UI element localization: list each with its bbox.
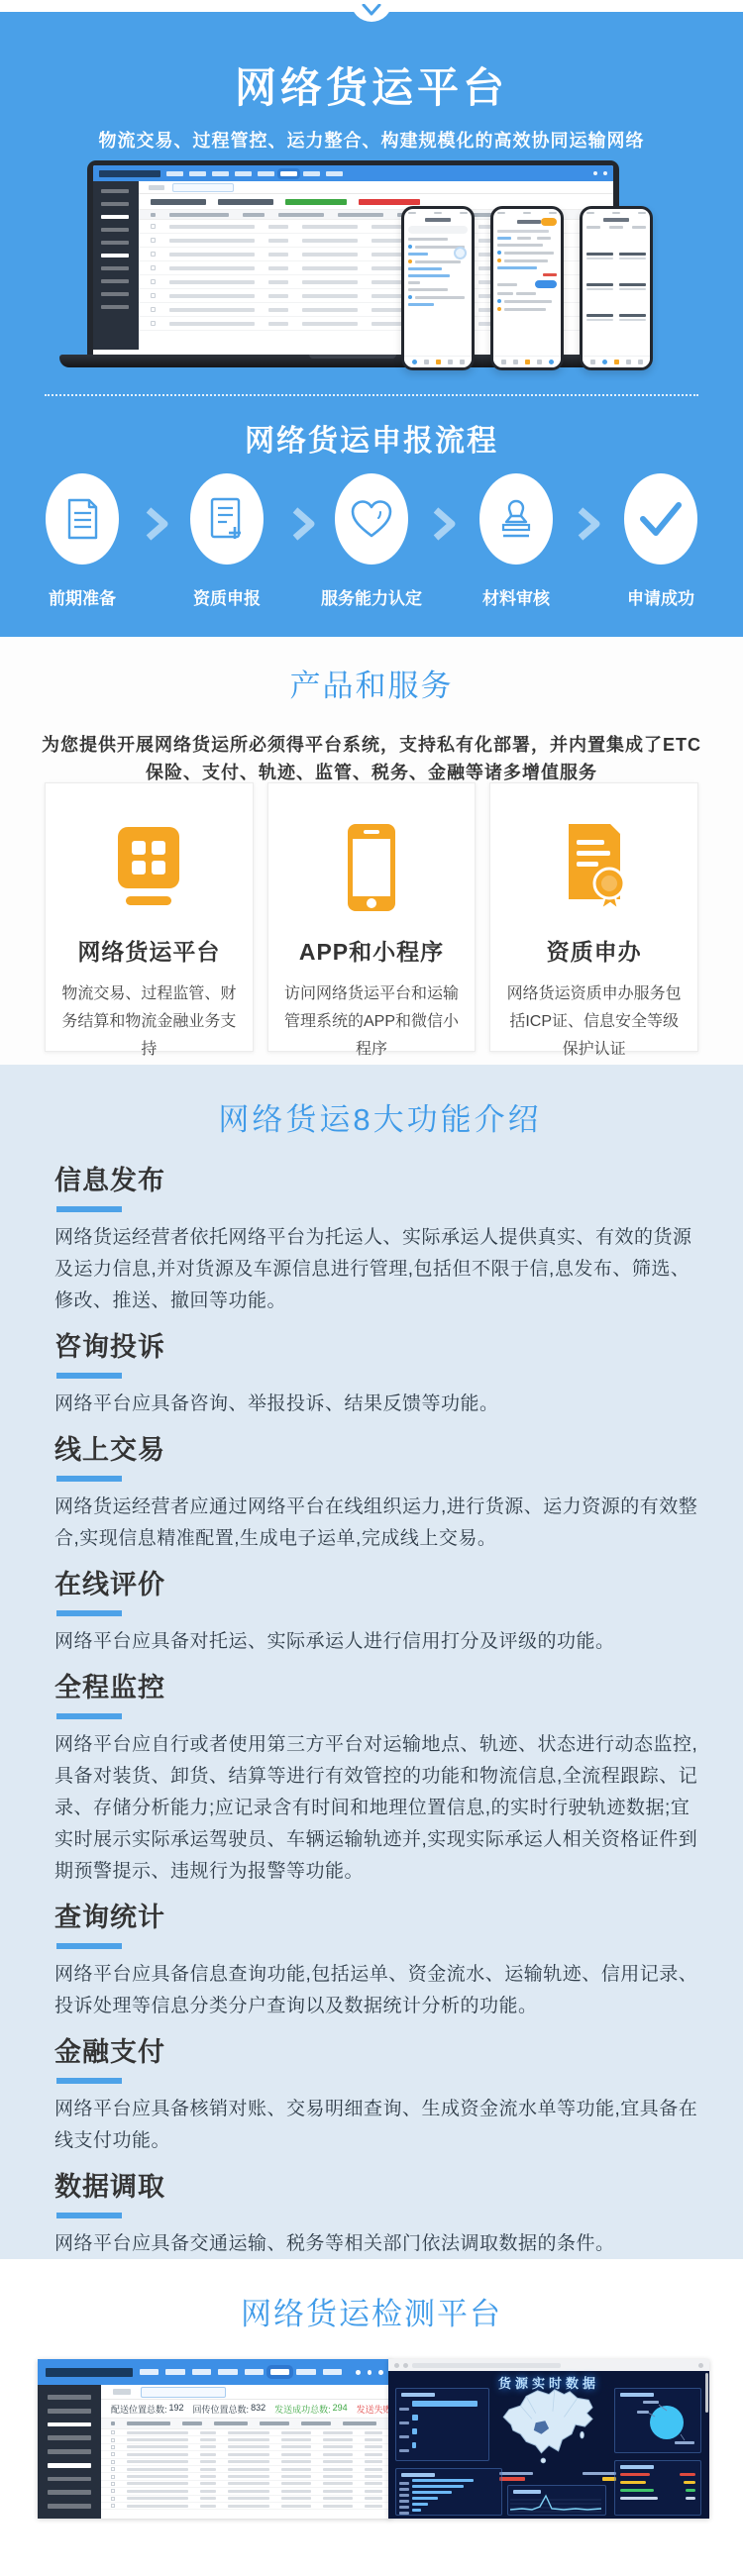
product-card-platform: 网络货运平台 物流交易、过程监管、财务结算和物流金融业务支持 xyxy=(45,782,254,1052)
stat-label: 发送成功总数: xyxy=(274,2403,331,2416)
certificate-icon xyxy=(555,822,634,913)
feature-block-4: 在线评价 网络平台应具备对托运、实际承运人进行信用打分及评级的功能。 xyxy=(54,1567,705,1658)
admin-tabbar xyxy=(101,2385,391,2400)
step-label: 申请成功 xyxy=(586,584,735,609)
step-circle xyxy=(624,473,697,565)
feature-body: 网络平台应具备核销对账、交易明细查询、生成资金流水单等功能,宜具备在线支付功能。 xyxy=(54,2094,705,2157)
step-circle xyxy=(46,473,119,565)
browser-url-placeholder xyxy=(412,2363,561,2368)
admin-content: 配送位置总数:192 回传位置总数:832 发送成功总数:294 发送失败总数:… xyxy=(101,2385,391,2519)
products-intro-line1: 为您提供开展网络货运所必须得平台系统，支持私有化部署，并内置集成了ETC xyxy=(0,731,743,759)
feature-heading: 全程监控 xyxy=(54,1670,705,1705)
mock-sidebar xyxy=(93,181,139,350)
product-card-app: APP和小程序 访问网络货运平台和运输管理系统的APP和微信小程序 xyxy=(267,782,477,1052)
dashboard-screenshot: 货源实时数据 xyxy=(388,2359,709,2519)
flow-arrow-icon xyxy=(145,507,168,541)
admin-navbar xyxy=(38,2359,391,2385)
step-circle xyxy=(335,473,408,565)
feature-block-3: 线上交易 网络货运经营者应通过网络平台在线组织运力,进行货源、运力资源的有效整合… xyxy=(54,1432,705,1555)
admin-table-header xyxy=(101,2418,391,2429)
flow-arrow-icon xyxy=(291,507,315,541)
pie-chart xyxy=(615,2397,700,2448)
detection-section: 网络货运检测平台 配送位置总数:192 xyxy=(0,2259,743,2576)
step-label: 服务能力认定 xyxy=(297,584,446,609)
process-step-1: 前期准备 xyxy=(8,473,157,609)
stat-label: 回传位置总数: xyxy=(193,2403,250,2416)
feature-heading: 金融支付 xyxy=(54,2034,705,2070)
mock-nav-item xyxy=(258,171,274,176)
features-section: 网络货运8大功能介绍 信息发布 网络货运经营者依托网络平台为托运人、实际承运人提… xyxy=(0,1065,743,2259)
mock-phone-title xyxy=(425,218,451,222)
mock-tabbar xyxy=(139,181,613,194)
hero-section: 网络货运平台 物流交易、过程管控、运力整合、构建规模化的高效协同运输网络 xyxy=(0,12,743,637)
admin-table-rows xyxy=(101,2429,391,2510)
top-strip xyxy=(0,0,743,12)
step-label: 前期准备 xyxy=(8,584,157,609)
phone-mockup-1 xyxy=(401,206,475,370)
mock-search-input xyxy=(408,226,468,234)
heading-underline xyxy=(56,2078,122,2084)
products-section: 产品和服务 为您提供开展网络货运所必须得平台系统，支持私有化部署，并内置集成了E… xyxy=(0,637,743,1065)
page-title: 网络货运平台 xyxy=(0,55,743,115)
heading-underline xyxy=(56,1206,122,1212)
process-step-2: 资质申报 xyxy=(153,473,301,609)
step-circle xyxy=(479,473,553,565)
heading-underline xyxy=(56,1476,122,1482)
china-map xyxy=(492,2385,609,2470)
mock-orange-button xyxy=(541,218,557,226)
panel-rank-table xyxy=(614,2460,701,2516)
card-desc: 网络货运资质申办服务包括ICP证、信息安全等级保护认证 xyxy=(502,980,687,1064)
stat-label: 发送失败总数: xyxy=(357,2403,391,2416)
mock-nav-icon xyxy=(593,171,597,175)
flow-arrow-icon xyxy=(577,507,600,541)
panel-bar-chart-top xyxy=(395,2388,489,2461)
stat-label: 配送位置总数: xyxy=(111,2403,167,2416)
feature-body: 网络平台应自行或者使用第三方平台对运输地点、轨迹、状态进行动态监控,具备对装货、… xyxy=(54,1729,705,1888)
map-stat-right xyxy=(583,2472,616,2481)
document-icon xyxy=(63,497,101,541)
card-title: 资质申办 xyxy=(490,934,697,967)
feature-block-5: 全程监控 网络平台应自行或者使用第三方平台对运输地点、轨迹、状态进行动态监控,具… xyxy=(54,1670,705,1888)
mock-nav-item xyxy=(166,171,183,176)
admin-sidebar xyxy=(38,2385,101,2519)
process-step-5: 申请成功 xyxy=(586,473,735,609)
mock-nav-item-active xyxy=(280,171,297,176)
flow-arrow-icon xyxy=(432,507,456,541)
mock-nav-item xyxy=(326,171,343,176)
stat-value: 832 xyxy=(251,2403,265,2416)
mock-admin-navbar xyxy=(93,165,613,181)
stat-value: 294 xyxy=(333,2403,348,2416)
admin-stats-row: 配送位置总数:192 回传位置总数:832 发送成功总数:294 发送失败总数:… xyxy=(101,2400,391,2418)
admin-system-screenshot: 配送位置总数:192 回传位置总数:832 发送成功总数:294 发送失败总数:… xyxy=(38,2359,391,2519)
browser-scrollbar[interactable] xyxy=(705,2373,708,2413)
feature-block-8: 数据调取 网络平台应具备交通运输、税务等相关部门依法调取数据的条件。 xyxy=(54,2169,705,2260)
check-icon xyxy=(638,501,684,537)
process-step-3: 服务能力认定 xyxy=(297,473,446,609)
detection-screenshots: 配送位置总数:192 回传位置总数:832 发送成功总数:294 发送失败总数:… xyxy=(38,2359,709,2519)
browser-bar xyxy=(388,2359,709,2371)
smartphone-icon xyxy=(346,822,397,913)
mock-nav-item xyxy=(235,171,252,176)
mock-badge xyxy=(454,247,467,259)
device-mockups xyxy=(0,149,743,376)
phone-mockup-2 xyxy=(490,206,564,370)
product-cards: 网络货运平台 物流交易、过程监管、财务结算和物流金融业务支持 APP和小程序 访… xyxy=(45,782,698,1052)
products-intro: 为您提供开展网络货运所必须得平台系统，支持私有化部署，并内置集成了ETC 保险、… xyxy=(0,731,743,786)
heading-underline xyxy=(56,1610,122,1616)
detection-title: 网络货运检测平台 xyxy=(0,2259,743,2333)
panel-pie-chart xyxy=(614,2388,701,2453)
card-desc: 访问网络货运平台和运输管理系统的APP和微信小程序 xyxy=(279,980,464,1064)
process-step-4: 材料审核 xyxy=(442,473,590,609)
card-desc: 物流交易、过程监管、财务结算和物流金融业务支持 xyxy=(56,980,241,1064)
card-title: 网络货运平台 xyxy=(46,934,253,967)
feature-body: 网络货运经营者应通过网络平台在线组织运力,进行货源、运力资源的有效整合,实现信息… xyxy=(54,1492,705,1555)
product-card-license: 资质申办 网络货运资质申办服务包括ICP证、信息安全等级保护认证 xyxy=(489,782,698,1052)
mock-nav-item xyxy=(303,171,320,176)
feature-block-6: 查询统计 网络平台应具备信息查询功能,包括运单、资金流水、运输轨迹、信用记录、投… xyxy=(54,1900,705,2022)
placeholder-line xyxy=(218,199,273,205)
data-dashboard: 货源实时数据 xyxy=(388,2371,709,2519)
mock-phone-title xyxy=(603,218,629,222)
panel-bar-chart-bottom xyxy=(395,2468,502,2516)
dotted-divider xyxy=(45,394,698,396)
chevron-down-icon xyxy=(362,4,381,16)
mock-brand xyxy=(99,170,160,177)
process-title: 网络货运申报流程 xyxy=(0,416,743,460)
heart-icon xyxy=(350,499,393,539)
feature-body: 网络平台应具备咨询、举报投诉、结果反馈等功能。 xyxy=(54,1389,705,1420)
step-circle xyxy=(190,473,264,565)
step-label: 材料审核 xyxy=(442,584,590,609)
feature-heading: 查询统计 xyxy=(54,1900,705,1935)
panel-line-chart xyxy=(507,2485,606,2516)
mock-blue-button xyxy=(535,280,557,288)
document-plus-icon xyxy=(207,496,247,542)
admin-brand xyxy=(46,2368,133,2377)
stat-value: 192 xyxy=(169,2403,184,2416)
card-title: APP和小程序 xyxy=(268,934,476,967)
mock-phone-title xyxy=(517,220,541,224)
line-chart xyxy=(508,2494,605,2514)
heading-underline xyxy=(56,2213,122,2218)
step-label: 资质申报 xyxy=(153,584,301,609)
map-stat-left xyxy=(499,2472,533,2481)
mock-nav-item xyxy=(212,171,229,176)
mock-nav-item xyxy=(189,171,206,176)
feature-heading: 信息发布 xyxy=(54,1163,705,1198)
phone-mockup-3 xyxy=(580,206,653,370)
landing-page: 网络货运平台 物流交易、过程管控、运力整合、构建规模化的高效协同运输网络 xyxy=(0,0,743,2576)
feature-heading: 线上交易 xyxy=(54,1432,705,1468)
placeholder-line xyxy=(151,199,206,205)
products-title: 产品和服务 xyxy=(0,637,743,705)
mock-nav-icon xyxy=(603,171,607,175)
feature-block-2: 咨询投诉 网络平台应具备咨询、举报投诉、结果反馈等功能。 xyxy=(54,1329,705,1420)
feature-body: 网络平台应具备信息查询功能,包括运单、资金流水、运输轨迹、信用记录、投诉处理等信… xyxy=(54,1959,705,2022)
admin-nav-active xyxy=(270,2369,289,2375)
feature-body: 网络平台应具备对托运、实际承运人进行信用打分及评级的功能。 xyxy=(54,1626,705,1658)
feature-block-7: 金融支付 网络平台应具备核销对账、交易明细查询、生成资金流水单等功能,宜具备在线… xyxy=(54,2034,705,2157)
stamp-icon xyxy=(496,497,536,541)
feature-heading: 数据调取 xyxy=(54,2169,705,2205)
feature-body: 网络平台应具备交通运输、税务等相关部门依法调取数据的条件。 xyxy=(54,2228,705,2260)
feature-block-1: 信息发布 网络货运经营者依托网络平台为托运人、实际承运人提供真实、有效的货源及运… xyxy=(54,1163,705,1317)
grid-app-icon xyxy=(109,825,188,910)
feature-heading: 在线评价 xyxy=(54,1567,705,1602)
heading-underline xyxy=(56,1713,122,1719)
heading-underline xyxy=(56,1373,122,1379)
placeholder-line xyxy=(285,199,347,205)
features-title: 网络货运8大功能介绍 xyxy=(54,1065,705,1139)
feature-heading: 咨询投诉 xyxy=(54,1329,705,1365)
heading-underline xyxy=(56,1943,122,1949)
feature-body: 网络货运经营者依托网络平台为托运人、实际承运人提供真实、有效的货源及运力信息,并… xyxy=(54,1222,705,1317)
placeholder-line xyxy=(359,199,420,205)
